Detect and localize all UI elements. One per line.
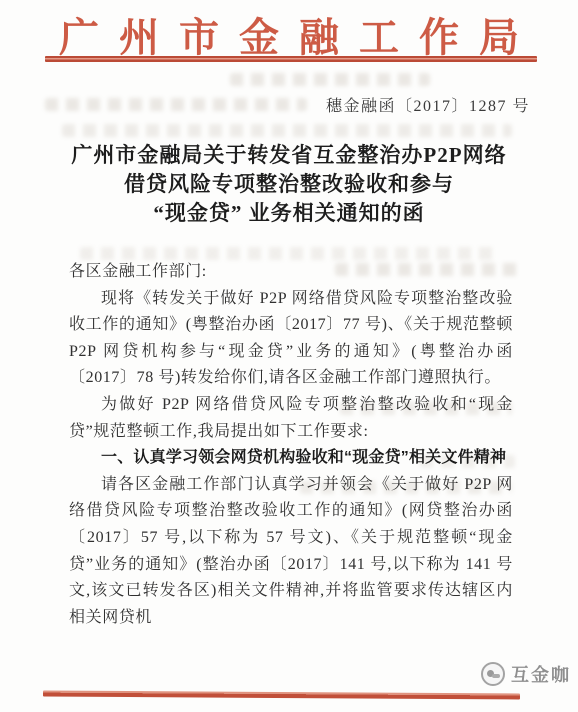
document-title-line-3: “现金贷” 业务相关通知的函 <box>0 199 578 228</box>
section-heading: 一、认真学习领会网贷机构验收和“现金贷”相关文件精神 <box>69 445 513 472</box>
document-title-line-1: 广州市金融局关于转发省互金整治办P2P网络 <box>0 141 578 170</box>
body-paragraph: 为做好 P2P 网络借贷风险专项整治整改验收和“现金贷”规范整顿工作,我局提出如… <box>69 392 513 445</box>
watermark-smudge <box>45 98 307 111</box>
body-paragraph: 请各区金融工作部门认真学习并领会《关于做好 P2P 网络借贷风险专项整治整改验收… <box>69 472 513 632</box>
document-title-line-2: 借贷风险专项整治整改验收和参与 <box>0 170 578 199</box>
watermark-smudge <box>62 124 512 137</box>
watermark-logo-icon <box>481 662 505 686</box>
salutation: 各区金融工作部门: <box>69 259 513 286</box>
watermark-badge: 互金咖 <box>481 661 571 687</box>
document-title: 广州市金融局关于转发省互金整治办P2P网络 借贷风险专项整治整改验收和参与 “现… <box>0 141 578 228</box>
footer-divider <box>43 691 520 700</box>
watermark-smudge <box>230 73 430 86</box>
body-paragraph: 现将《转发关于做好 P2P 网络借贷风险专项整治整改验收工作的通知》(粤整治办函… <box>69 286 513 392</box>
document-number: 穗金融函〔2017〕1287 号 <box>326 93 530 116</box>
header-divider <box>45 56 537 62</box>
document-body: 各区金融工作部门: 现将《转发关于做好 P2P 网络借贷风险专项整治整改验收工作… <box>69 259 513 631</box>
watermark-label: 互金咖 <box>511 661 571 687</box>
document-page: 广州市金融工作局 穗金融函〔2017〕1287 号 广州市金融局关于转发省互金整… <box>0 0 578 712</box>
agency-name: 广州市金融工作局 <box>0 6 578 63</box>
